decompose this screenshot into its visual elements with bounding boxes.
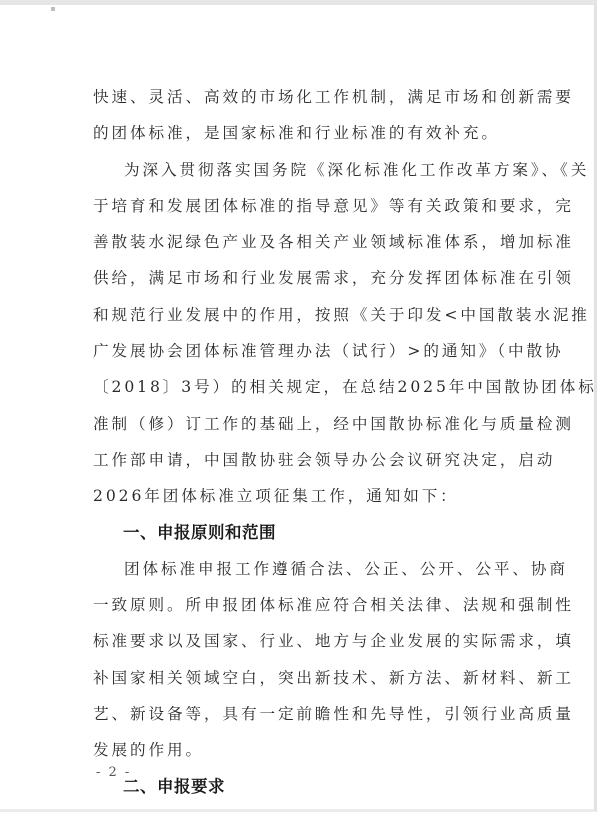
- text-line: 和规范行业发展中的作用，按照《关于印发<中国散装水泥推: [93, 297, 501, 333]
- text-line: 的团体标准，是国家标准和行业标准的有效补充。: [93, 115, 501, 151]
- text-line: 于培育和发展团体标准的指导意见》等有关政策和要求，完: [93, 188, 501, 224]
- text-line: 团体标准申报工作遵循合法、公正、公开、公平、协商: [93, 551, 501, 587]
- paragraph-background: 为深入贯彻落实国务院《深化标准化工作改革方案》、《关 于培育和发展团体标准的指导…: [93, 152, 501, 515]
- section-heading-requirements: 二、申报要求: [93, 769, 501, 805]
- document-body: 快速、灵活、高效的市场化工作机制，满足市场和创新需要 的团体标准，是国家标准和行…: [93, 79, 501, 805]
- text-line: 准制（修）订工作的基础上，经中国散协标准化与质量检测: [93, 406, 501, 442]
- paragraph-intro-continuation: 快速、灵活、高效的市场化工作机制，满足市场和创新需要 的团体标准，是国家标准和行…: [93, 79, 501, 152]
- text-line: 一致原则。所申报团体标准应符合相关法律、法规和强制性: [93, 587, 501, 623]
- section-heading-principles-scope: 一、申报原则和范围: [93, 515, 501, 551]
- text-line: 供给，满足市场和行业发展需求，充分发挥团体标准在引领: [93, 260, 501, 296]
- text-line: 为深入贯彻落实国务院《深化标准化工作改革方案》、《关: [93, 152, 501, 188]
- text-line: 补国家相关领域空白，突出新技术、新方法、新材料、新工: [93, 660, 501, 696]
- text-line: 广发展协会团体标准管理办法（试行）>的通知》（中散协: [93, 333, 501, 369]
- text-line: 善散装水泥绿色产业及各相关产业领域标准体系，增加标准: [93, 224, 501, 260]
- scan-artifact: [51, 7, 55, 11]
- text-line: 快速、灵活、高效的市场化工作机制，满足市场和创新需要: [93, 79, 501, 115]
- text-line: 艺、新设备等，具有一定前瞻性和先导性，引领行业高质量: [93, 696, 501, 732]
- text-line: 发展的作用。: [93, 732, 501, 768]
- text-line: 标准要求以及国家、行业、地方与企业发展的实际需求，填: [93, 623, 501, 659]
- document-page: 快速、灵活、高效的市场化工作机制，满足市场和创新需要 的团体标准，是国家标准和行…: [0, 0, 597, 812]
- paragraph-principles: 团体标准申报工作遵循合法、公正、公开、公平、协商 一致原则。所申报团体标准应符合…: [93, 551, 501, 769]
- text-line: 〔2018〕3号）的相关规定，在总结2025年中国散协团体标: [93, 369, 501, 405]
- page-number: - 2 -: [96, 765, 131, 780]
- text-line: 2026年团体标准立项征集工作，通知如下：: [93, 478, 501, 514]
- text-line: 工作部申请，中国散协驻会领导办公会议研究决定，启动: [93, 442, 501, 478]
